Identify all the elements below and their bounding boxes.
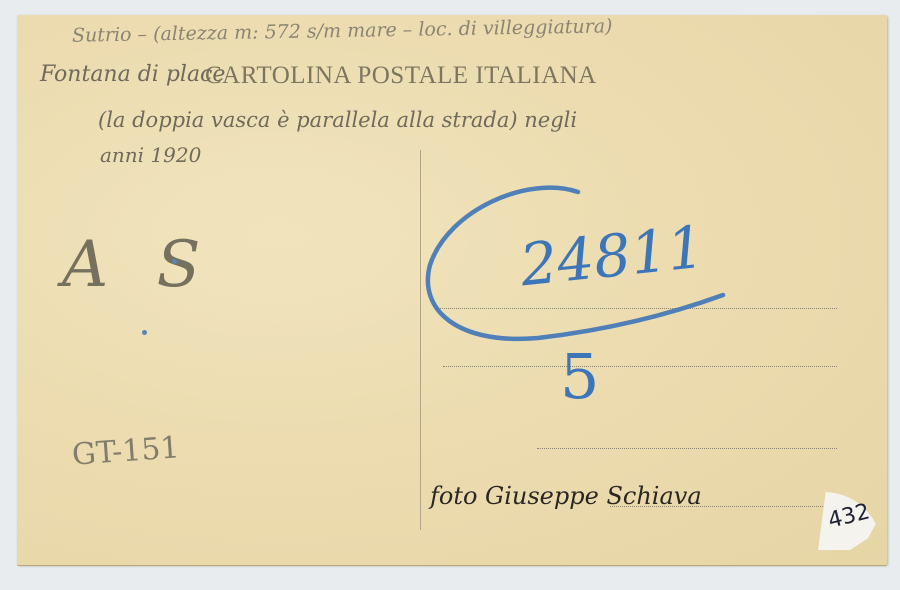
pencil-note-line4: anni 1920 (100, 143, 201, 167)
blue-dot-1 (172, 259, 177, 264)
pencil-catalog-code: GT-151 (71, 430, 181, 472)
corner-label-number: 432 (826, 499, 873, 533)
blue-sub-number: 5 (560, 340, 599, 413)
blue-dot-2 (142, 330, 147, 335)
pencil-note-line2: Fontana di place (40, 62, 225, 87)
photographer-credit: foto Giuseppe Schiava (430, 482, 702, 510)
pencil-initials: A S (62, 228, 214, 302)
printed-header: CARTOLINA POSTALE ITALIANA (205, 62, 597, 90)
address-line-3 (537, 448, 837, 449)
address-line-2 (443, 366, 837, 367)
pencil-note-line3: (la doppia vasca è parallela alla strada… (98, 108, 577, 132)
